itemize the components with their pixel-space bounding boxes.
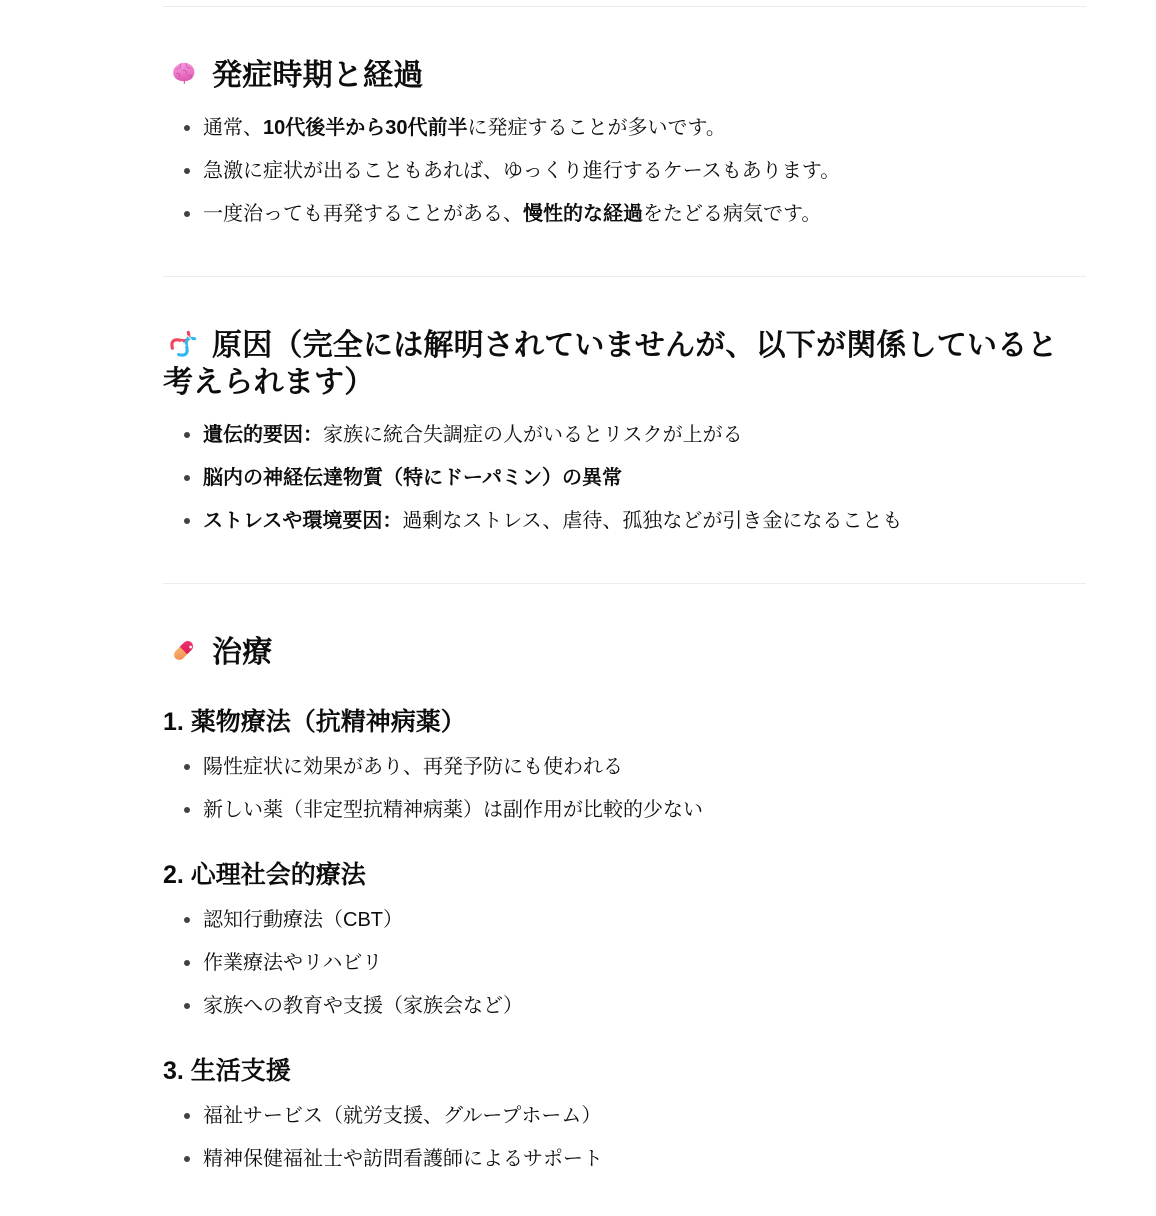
bullet-list-psychosocial: 認知行動療法（CBT） 作業療法やリハビリ 家族への教育や支援（家族会など）	[163, 906, 1086, 1020]
section-divider	[163, 6, 1086, 7]
list-item: 通常、10代後半から30代前半に発症することが多いです。	[203, 114, 1086, 142]
list-item: 認知行動療法（CBT）	[203, 906, 1086, 934]
list-item-text: 精神保健福祉士や訪問看護師によるサポート	[203, 1148, 603, 1170]
section-heading-onset: 発症時期と経過	[163, 57, 1086, 94]
document-content: 発症時期と経過 通常、10代後半から30代前半に発症することが多いです。 急激に…	[163, 0, 1086, 1173]
bullet-list-onset: 通常、10代後半から30代前半に発症することが多いです。 急激に症状が出ることも…	[163, 114, 1086, 228]
subsection-heading-medication: 1. 薬物療法（抗精神病薬）	[163, 707, 1086, 738]
list-item-text: 家族への教育や支援（家族会など）	[203, 995, 523, 1017]
list-item-bold-text: ストレスや環境要因：	[203, 510, 402, 532]
subsection-heading-psychosocial: 2. 心理社会的療法	[163, 860, 1086, 891]
list-item-text: 陽性症状に効果があり、再発予防にも使われる	[203, 756, 623, 778]
section-divider	[163, 583, 1086, 584]
list-item-bold-text: 慢性的な経過	[523, 203, 643, 225]
list-item-text: に発症することが多いです。	[468, 117, 726, 139]
section-divider	[163, 276, 1086, 277]
section-heading-text: 治療	[212, 636, 272, 669]
list-item: 遺伝的要因：家族に統合失調症の人がいるとリスクが上がる	[203, 421, 1086, 449]
section-heading-treatment: 治療	[163, 634, 1086, 671]
list-item: 陽性症状に効果があり、再発予防にも使われる	[203, 753, 1086, 781]
list-item-text: 認知行動療法（CBT）	[203, 909, 403, 931]
list-item-text: をたどる病気です。	[643, 203, 821, 225]
list-item: 作業療法やリハビリ	[203, 949, 1086, 977]
list-item: 脳内の神経伝達物質（特にドーパミン）の異常	[203, 464, 1086, 492]
list-item-text: 通常、	[203, 117, 263, 139]
list-item: 新しい薬（非定型抗精神病薬）は副作用が比較的少ない	[203, 796, 1086, 824]
bullet-list-causes: 遺伝的要因：家族に統合失調症の人がいるとリスクが上がる 脳内の神経伝達物質（特に…	[163, 421, 1086, 535]
section-heading-text: 原因（完全には解明されていませんが、以下が関係していると考えられます）	[163, 329, 1058, 399]
list-item-text: 福祉サービス（就労支援、グループホーム）	[203, 1105, 601, 1127]
brain-icon	[170, 60, 197, 87]
list-item-text: 一度治っても再発することがある、	[203, 203, 523, 225]
list-item-bold-text: 遺伝的要因：	[203, 424, 323, 446]
list-item: 急激に症状が出ることもあれば、ゆっくり進行するケースもあります。	[203, 157, 1086, 185]
list-item-text: 家族に統合失調症の人がいるとリスクが上がる	[323, 424, 743, 446]
bullet-list-life-support: 福祉サービス（就労支援、グループホーム） 精神保健福祉士や訪問看護師によるサポー…	[163, 1102, 1086, 1173]
list-item-text: 急激に症状が出ることもあれば、ゆっくり進行するケースもあります。	[203, 160, 840, 182]
section-heading-text: 発症時期と経過	[212, 59, 423, 92]
list-item-text: 過剰なストレス、虐待、孤独などが引き金になることも	[402, 510, 902, 532]
list-item: 一度治っても再発することがある、慢性的な経過をたどる病気です。	[203, 200, 1086, 228]
list-item: 精神保健福祉士や訪問看護師によるサポート	[203, 1145, 1086, 1173]
list-item: ストレスや環境要因：過剰なストレス、虐待、孤独などが引き金になることも	[203, 507, 1086, 535]
list-item-text: 新しい薬（非定型抗精神病薬）は副作用が比較的少ない	[203, 799, 703, 821]
list-item: 家族への教育や支援（家族会など）	[203, 992, 1086, 1020]
pill-icon	[170, 637, 197, 664]
list-item: 福祉サービス（就労支援、グループホーム）	[203, 1102, 1086, 1130]
list-item-bold-text: 脳内の神経伝達物質（特にドーパミン）の異常	[203, 467, 622, 489]
subsection-heading-life-support: 3. 生活支援	[163, 1056, 1086, 1087]
bullet-list-medication: 陽性症状に効果があり、再発予防にも使われる 新しい薬（非定型抗精神病薬）は副作用…	[163, 753, 1086, 824]
dna-icon	[170, 330, 197, 357]
list-item-bold-text: 10代後半から30代前半	[263, 117, 468, 139]
list-item-text: 作業療法やリハビリ	[203, 952, 382, 974]
section-heading-causes: 原因（完全には解明されていませんが、以下が関係していると考えられます）	[163, 327, 1086, 401]
